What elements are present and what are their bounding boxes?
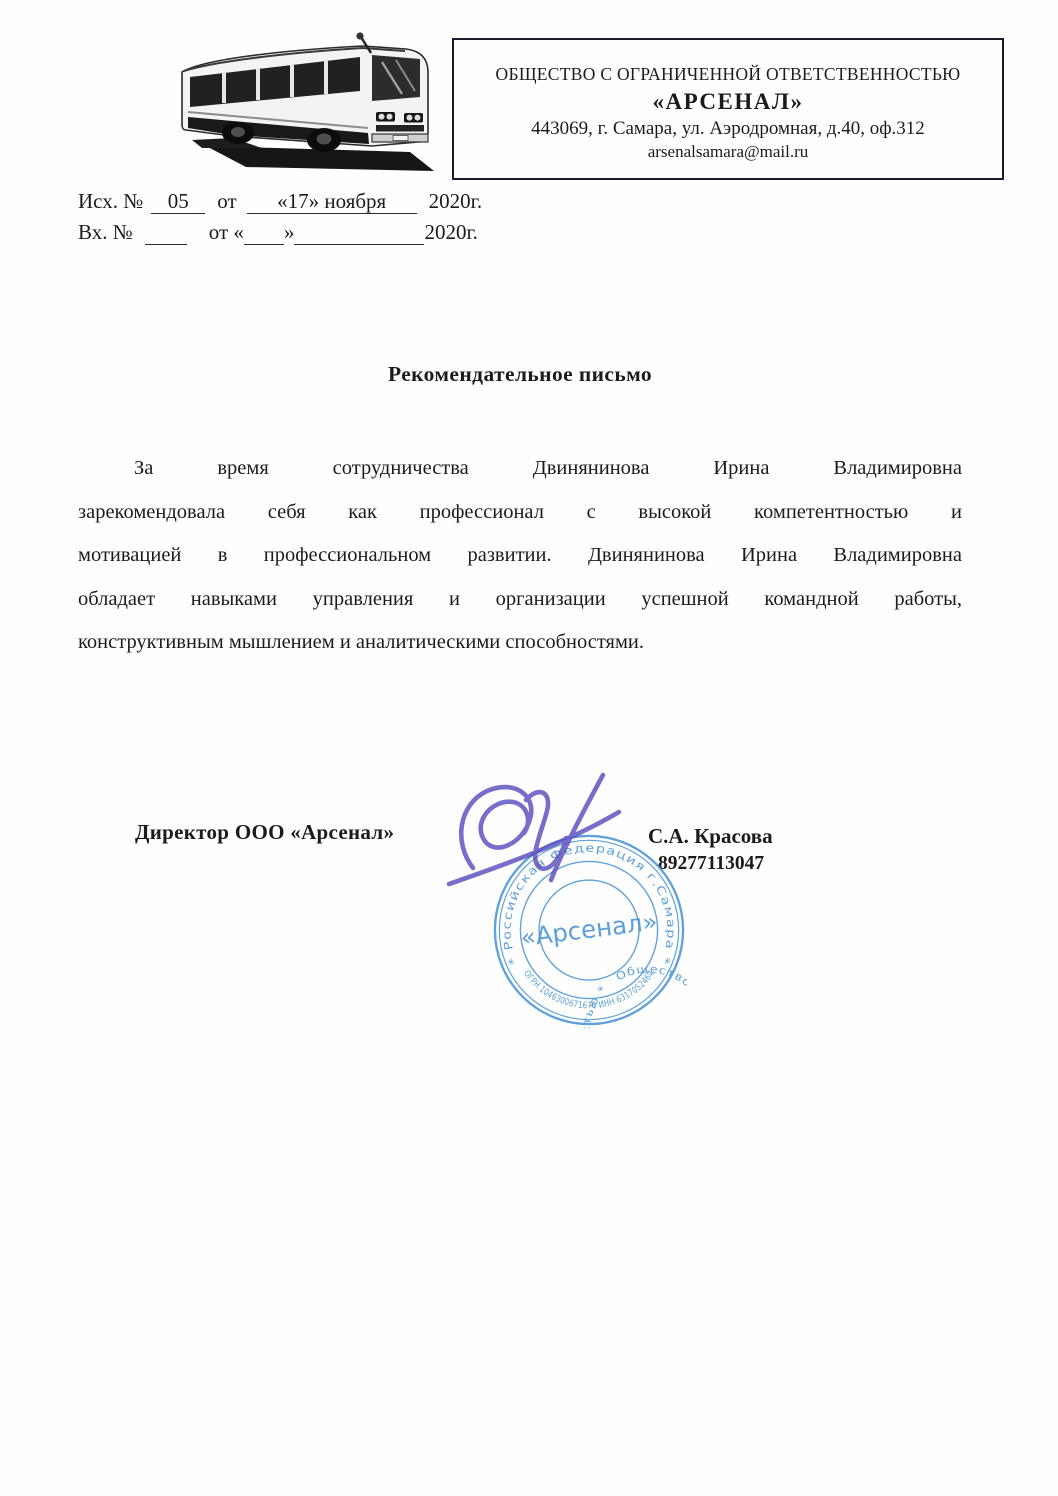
incoming-reference-line: Вх. №от «»2020г.	[78, 220, 478, 245]
body-line: зарекомендовала себя как профессионал с …	[78, 491, 962, 535]
incoming-month-blank	[294, 244, 424, 245]
body-line: обладает навыками управления и организац…	[78, 578, 962, 622]
scanned-letter-page: ОБЩЕСТВО С ОГРАНИЧЕННОЙ ОТВЕТСТВЕННОСТЬЮ…	[0, 0, 1058, 1496]
body-line: За время сотрудничества Двинянинова Ирин…	[78, 447, 962, 491]
outgoing-preposition: от	[217, 189, 236, 213]
outgoing-number-field: 05	[151, 189, 205, 214]
stamp-center-text: «Арсенал»	[519, 907, 659, 953]
letter-body: За время сотрудничества Двинянинова Ирин…	[78, 447, 962, 665]
handwritten-signature	[443, 770, 655, 892]
body-line: конструктивным мышлением и аналитическим…	[78, 621, 962, 665]
org-address: 443069, г. Самара, ул. Аэродромная, д.40…	[454, 118, 1002, 140]
incoming-day-blank	[244, 244, 284, 245]
letterhead-box: ОБЩЕСТВО С ОГРАНИЧЕННОЙ ОТВЕТСТВЕННОСТЬЮ…	[452, 38, 1004, 180]
org-email: arsenalsamara@mail.ru	[454, 142, 1002, 162]
outgoing-date-field: «17» ноября	[247, 189, 417, 214]
incoming-number-blank	[145, 244, 187, 245]
outgoing-reference-line: Исх. №05от«17» ноября2020г.	[78, 189, 482, 214]
incoming-preposition: от «	[209, 220, 244, 244]
incoming-label: Вх. №	[78, 220, 133, 244]
body-line: мотивацией в профессиональном развитии. …	[78, 534, 962, 578]
bus-illustration	[172, 24, 444, 176]
outgoing-label: Исх. №	[78, 189, 143, 213]
org-name: «АРСЕНАЛ»	[454, 89, 1002, 115]
incoming-year: 2020г.	[424, 220, 478, 244]
document-title: Рекомендательное письмо	[78, 362, 962, 387]
org-type-line: ОБЩЕСТВО С ОГРАНИЧЕННОЙ ОТВЕТСТВЕННОСТЬЮ	[454, 64, 1002, 85]
incoming-quote-close: »	[284, 220, 295, 244]
signer-position-title: Директор ООО «Арсенал»	[135, 820, 394, 845]
outgoing-year: 2020г.	[429, 189, 483, 213]
